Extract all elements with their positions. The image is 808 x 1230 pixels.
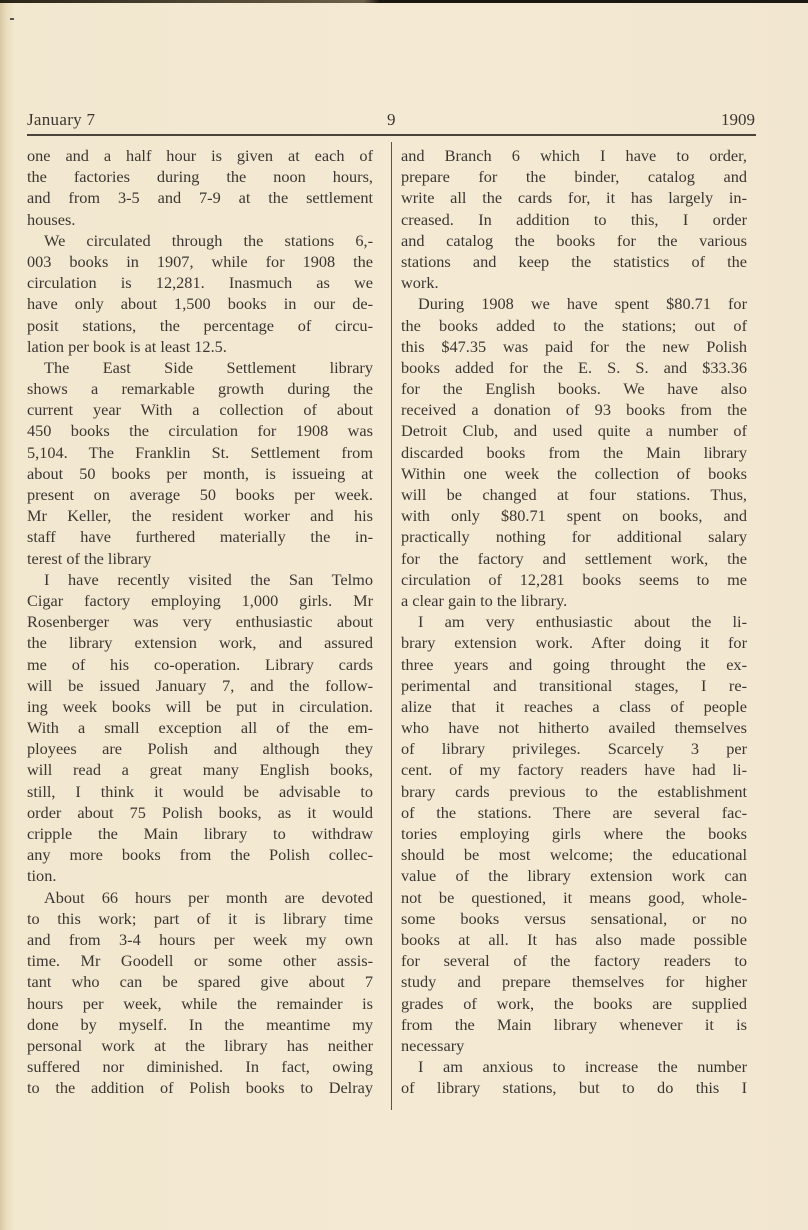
text-line: discarded books from the Main library [401,442,747,463]
text-line: 5,104. The Franklin St. Settlement from [27,442,373,463]
text-line: about 50 books per month, is issueing at [27,463,373,484]
text-line: still, I think it would be advisable to [27,781,373,802]
text-line: practically nothing for additional salar… [401,526,747,547]
text-line: current year With a collection of about [27,399,373,420]
text-line: cent. of my factory readers have had li- [401,759,747,780]
text-line: value of the library extension work can [401,865,747,886]
text-line: 450 books the circulation for 1908 was [27,420,373,441]
text-line: should be most welcome; the educational [401,844,747,865]
text-line: with only $80.71 spent on books, and [401,505,747,526]
text-line: tion. [27,865,373,886]
text-line: books added for the E. S. S. and $33.36 [401,357,747,378]
text-line: some books versus sensational, or no [401,908,747,929]
page-top-edge [0,0,808,3]
header-date: January 7 [27,110,95,130]
ink-speck [10,18,14,20]
text-line: and from 3-5 and 7-9 at the settlement [27,187,373,208]
text-line: write all the cards for, it has largely … [401,187,747,208]
text-line: from the Main library whenever it is [401,1014,747,1035]
text-line: necessary [401,1035,747,1056]
text-line: ployees are Polish and although they [27,738,373,759]
text-line: Rosenberger was very enthusiastic about [27,611,373,632]
text-line: grades of work, the books are supplied [401,993,747,1014]
text-line: 003 books in 1907, while for 1908 the [27,251,373,272]
text-line: terest of the library [27,548,373,569]
text-line: houses. [27,209,373,230]
text-line: and Branch 6 which I have to order, [401,145,747,166]
text-line: not be questioned, it means good, whole- [401,887,747,908]
text-line: hours per week, while the remainder is [27,993,373,1014]
text-line: shows a remarkable growth during the [27,378,373,399]
text-line: the factories during the noon hours, [27,166,373,187]
text-line: I am anxious to increase the number [401,1056,747,1077]
text-line: work. [401,272,747,293]
text-line: to this work; part of it is library time [27,908,373,929]
text-line: I have recently visited the San Telmo [27,569,373,590]
text-line: this $47.35 was paid for the new Polish [401,336,747,357]
text-line: study and prepare themselves for higher [401,971,747,992]
text-line: any more books from the Polish collec- [27,844,373,865]
text-line: me of his co-operation. Library cards [27,654,373,675]
text-line: During 1908 we have spent $80.71 for [401,293,747,314]
text-line: tories employing girls where the books [401,823,747,844]
text-line: done by myself. In the meantime my [27,1014,373,1035]
text-line: Within one week the collection of books [401,463,747,484]
text-line: the books added to the stations; out of [401,315,747,336]
text-line: three years and going throught the ex- [401,654,747,675]
text-line: who have not hitherto availed themselves [401,717,747,738]
text-line: the library extension work, and assured [27,632,373,653]
text-line: will be issued January 7, and the follow… [27,675,373,696]
left-column: one and a half hour is given at each oft… [27,145,373,1098]
text-line: for several of the factory readers to [401,950,747,971]
text-line: of the stations. There are several fac- [401,802,747,823]
text-line: to the addition of Polish books to Delra… [27,1077,373,1098]
text-line: for the factory and settlement work, the [401,548,747,569]
text-line: brary cards previous to the establishmen… [401,781,747,802]
text-line: one and a half hour is given at each of [27,145,373,166]
text-line: present on average 50 books per week. [27,484,373,505]
running-header: January 7 9 1909 [27,110,755,134]
text-line: prepare for the binder, catalog and [401,166,747,187]
text-line: will read a great many English books, [27,759,373,780]
text-line: suffered nor diminished. In fact, owing [27,1056,373,1077]
text-line: order about 75 Polish books, as it would [27,802,373,823]
text-line: cripple the Main library to withdraw [27,823,373,844]
text-line: and catalog the books for the various [401,230,747,251]
text-line: of library stations, but to do this I [401,1077,747,1098]
text-line: creased. In addition to this, I order [401,209,747,230]
header-year: 1909 [721,110,755,130]
text-line: staff have furthered materially the in- [27,526,373,547]
text-line: time. Mr Goodell or some other assis- [27,950,373,971]
text-line: stations and keep the statistics of the [401,251,747,272]
text-line: We circulated through the stations 6,- [27,230,373,251]
text-line: a clear gain to the library. [401,590,747,611]
text-line: Detroit Club, and used quite a number of [401,420,747,441]
text-line: circulation is 12,281. Inasmuch as we [27,272,373,293]
text-line: I am very enthusiastic about the li- [401,611,747,632]
text-line: About 66 hours per month are devoted [27,887,373,908]
text-line: circulation of 12,281 books seems to me [401,569,747,590]
text-line: The East Side Settlement library [27,357,373,378]
text-line: personal work at the library has neither [27,1035,373,1056]
right-column: and Branch 6 which I have to order,prepa… [401,145,747,1098]
text-line: books at all. It has also made possible [401,929,747,950]
text-line: of library privileges. Scarcely 3 per [401,738,747,759]
text-line: posit stations, the percentage of circu- [27,315,373,336]
text-line: perimental and transitional stages, I re… [401,675,747,696]
text-line: brary extension work. After doing it for [401,632,747,653]
column-divider [391,142,392,1110]
text-line: received a donation of 93 books from the [401,399,747,420]
text-line: With a small exception all of the em- [27,717,373,738]
header-rule [27,134,756,136]
text-line: lation per book is at least 12.5. [27,336,373,357]
text-line: have only about 1,500 books in our de- [27,293,373,314]
text-line: and from 3-4 hours per week my own [27,929,373,950]
text-line: tant who can be spared give about 7 [27,971,373,992]
text-line: will be changed at four stations. Thus, [401,484,747,505]
text-line: Cigar factory employing 1,000 girls. Mr [27,590,373,611]
text-line: for the English books. We have also [401,378,747,399]
page-number: 9 [387,110,417,130]
text-line: alize that it reaches a class of people [401,696,747,717]
text-line: Mr Keller, the resident worker and his [27,505,373,526]
text-line: ing week books will be put in circulatio… [27,696,373,717]
